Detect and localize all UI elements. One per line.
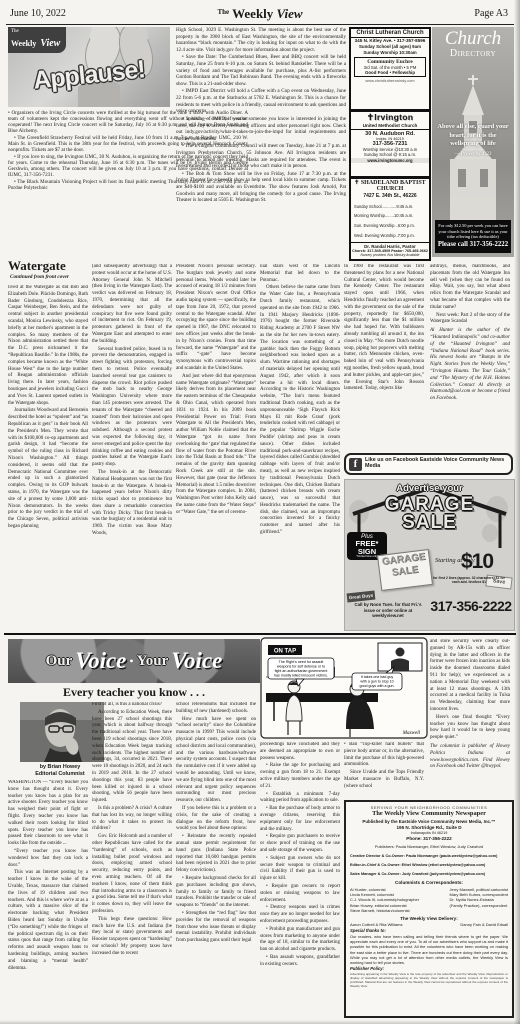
paper-name: The Weekly View Community Newspaper bbox=[350, 810, 508, 819]
svg-text:good guys with a gun.: good guys with a gun. bbox=[360, 684, 395, 688]
banner-dot: • bbox=[129, 654, 133, 669]
service-line: Sunday School (all ages) 9am bbox=[351, 44, 429, 49]
voice-col-6: and store security were clearly out-gunn… bbox=[430, 639, 510, 797]
columnists-right: Jerry Maxwell, political cartoonistMary … bbox=[450, 887, 508, 914]
page-masthead: The Weekly View bbox=[0, 6, 520, 22]
logo-view: View bbox=[40, 38, 60, 49]
service-line: Sunday School @ 9:15 a.m. bbox=[351, 152, 429, 157]
garage-sale-ad: Advertise your GARAGE SALE Plus FREE* SI… bbox=[344, 479, 515, 631]
yard-sign-graphic: GARAGE SALE bbox=[377, 549, 433, 591]
church-name: ✝Irvington bbox=[351, 112, 429, 123]
columnists-left: Al Hunter, columnistLinda Kennett, colum… bbox=[350, 887, 419, 914]
cross-icon: ✝ bbox=[354, 180, 359, 186]
voice-col-3: school referendums that included the bui… bbox=[176, 702, 256, 1018]
phone-line: Phone: 317-356-2222 bbox=[350, 836, 508, 842]
cartoonist-signature: Maxwell bbox=[402, 731, 421, 736]
our-voice-banner: Our Voice • Your Voice bbox=[8, 639, 260, 683]
euchre-box: Community Euchre 3rd Sat. of the month •… bbox=[354, 57, 426, 77]
great-buys-sign: Great Buys bbox=[347, 591, 376, 603]
watergate-col-1: lived at the Watergate as did Bob and El… bbox=[8, 285, 88, 629]
banner-our: Our bbox=[46, 653, 73, 670]
watergate-title: Watergate bbox=[8, 259, 66, 272]
facebook-icon: f bbox=[349, 458, 362, 471]
church-directory-panel: Church Directory Above all else, guard y… bbox=[432, 27, 514, 257]
facebook-banner-text: Like us on Facebook Eastside Voice Commu… bbox=[365, 458, 508, 470]
service-line: Sunday Worship 10:30am bbox=[351, 50, 429, 55]
policy-text: Advertising appearing in the Weekly View… bbox=[350, 972, 508, 988]
church-name: Christ Lutheran Church bbox=[351, 29, 429, 38]
editorial-headline: Every teacher you know . . . bbox=[8, 685, 260, 700]
svg-text:weapons for self defense or to: weapons for self defense or to bbox=[277, 665, 325, 669]
promo-phone: Please call 317-356-2222 bbox=[437, 241, 509, 250]
watergate-col-2: (and subsequently advertising) that a pr… bbox=[92, 264, 172, 629]
church-address-phone: 345 N. Kitley Ave. • 317-357-8596 bbox=[351, 38, 429, 43]
newspaper-page: June 10, 2022 The Weekly View Page A3 Th… bbox=[0, 0, 520, 1024]
banner-voice: Voice bbox=[75, 648, 126, 674]
scripture-reference: — Proverbs 4:23 bbox=[436, 151, 510, 158]
columnist-bio: The columnist is publisher of Howey Poli… bbox=[430, 744, 510, 771]
watergate-continued-note: Continued from front cover bbox=[10, 274, 69, 280]
directory-word-directory: Directory bbox=[432, 48, 514, 59]
applause-graphic: The Weekly View Applause! bbox=[8, 27, 170, 107]
sale-word: SALE bbox=[345, 514, 514, 532]
ad-shadeland-baptist: ✝ SHADELAND BAPTIST CHURCH 7427 E. 34th … bbox=[349, 177, 431, 261]
fine-print: for first 2 lines (approx. 32 characters… bbox=[433, 576, 505, 585]
page-number: Page A3 bbox=[474, 8, 508, 19]
nursery-note: Nursery provided. Bus Ministry Available bbox=[351, 253, 429, 257]
scripture-quote: Above all else, guard your heart, for it… bbox=[436, 123, 510, 158]
svg-text:It takes one bad guy: It takes one bad guy bbox=[361, 675, 394, 679]
facebook-banner: f Like us on Facebook Eastside Voice Com… bbox=[344, 453, 513, 475]
banner-voice: Voice bbox=[171, 648, 222, 674]
section-divider-rule bbox=[4, 633, 516, 635]
author-bio: Al Hunter is the author of the “Haunted … bbox=[430, 328, 510, 403]
editorial-cartoon: ON TAP The Right's need for assault weap… bbox=[260, 637, 428, 739]
header-rule bbox=[6, 24, 514, 25]
ad-headline: Advertise your bbox=[345, 483, 514, 494]
service-schedule: Sunday School.............9:45 a.m.Morni… bbox=[351, 199, 429, 238]
weekly-view-logo: The Weekly View bbox=[8, 27, 66, 53]
watergate-col-3: President Nixon's personal secretary. Th… bbox=[176, 264, 256, 629]
watergate-col-6: ashtrays, menus, matchbooks, and placema… bbox=[430, 264, 510, 450]
logo-weekly: Weekly bbox=[11, 39, 36, 48]
call-instructions: Call by Noon Tues. for that Fri.'s issue… bbox=[349, 602, 427, 619]
church-url: www.christlutheranindy.com bbox=[351, 78, 429, 83]
banner-your: Your bbox=[137, 653, 169, 670]
masthead-weekly: Weekly bbox=[232, 6, 273, 21]
thanks-text: Our readers, who have been calling and t… bbox=[350, 934, 508, 966]
svg-text:has mostly killed innocent vic: has mostly killed innocent victims. bbox=[274, 674, 328, 678]
directory-word-church: Church bbox=[432, 29, 514, 48]
ad-phone-number: 317-356-2222 bbox=[429, 598, 513, 614]
voice-col-2: First of all, is this a national crisis?… bbox=[92, 702, 172, 1018]
voice-col-4: proceedings have concluded and they are … bbox=[260, 742, 340, 1018]
publishers-line: Publishers: Paula Nicewanger, Ethel Wins… bbox=[350, 844, 508, 849]
svg-text:fight an authoritarian governm: fight an authoritarian government bbox=[275, 669, 328, 673]
church-url: www.irvingtonumc.org bbox=[351, 158, 429, 163]
svg-text:The Right's need for assault: The Right's need for assault bbox=[279, 660, 324, 664]
voice-col-5: • Ban “cop-killer hard bullets” that pie… bbox=[344, 742, 424, 796]
masthead-view: View bbox=[277, 6, 303, 21]
masthead-the: The bbox=[217, 8, 229, 16]
watergate-col-5: In 1960 the restaurant was first threate… bbox=[344, 264, 424, 450]
logo-the: The bbox=[11, 29, 60, 34]
owners-list: Creative Director & Co-Owner: Paula Nice… bbox=[350, 854, 508, 877]
masthead-info-box: SERVING YOUR NEIGHBORHOOD COMMUNITIES Th… bbox=[344, 800, 514, 1018]
delivery-right: Danny Fain & David Edsall bbox=[460, 922, 508, 927]
watergate-col-4: nial stairs west of the Lincoln Memorial… bbox=[260, 264, 340, 629]
community-news-column: High School, 3029 E. Washington St. The … bbox=[176, 27, 346, 259]
delivery-left: Aaron Cottrell & Rita Williams bbox=[350, 922, 402, 927]
ad-christ-lutheran: Christ Lutheran Church 345 N. Kitley Ave… bbox=[349, 27, 431, 111]
euchre-tag: Good Food • Fellowship bbox=[355, 70, 425, 75]
price: $10 bbox=[461, 550, 493, 574]
voice-col-1: WASHINGTON — “Every teacher you know has… bbox=[8, 780, 88, 1018]
svg-text:with a gun to stop 10: with a gun to stop 10 bbox=[360, 680, 393, 684]
church-subname: United Methodist Church bbox=[351, 123, 429, 130]
church-name: ✝ SHADELAND BAPTIST CHURCH bbox=[351, 179, 429, 193]
ad-irvington-umc: ✝Irvington United Methodist Church 30 N.… bbox=[349, 110, 431, 178]
pastor-name: Dr. Randal Harris, Pastor bbox=[351, 242, 429, 249]
cartoon-title: ON TAP bbox=[274, 649, 296, 655]
directory-promo: For only $12.50 per week you can have yo… bbox=[435, 220, 511, 253]
